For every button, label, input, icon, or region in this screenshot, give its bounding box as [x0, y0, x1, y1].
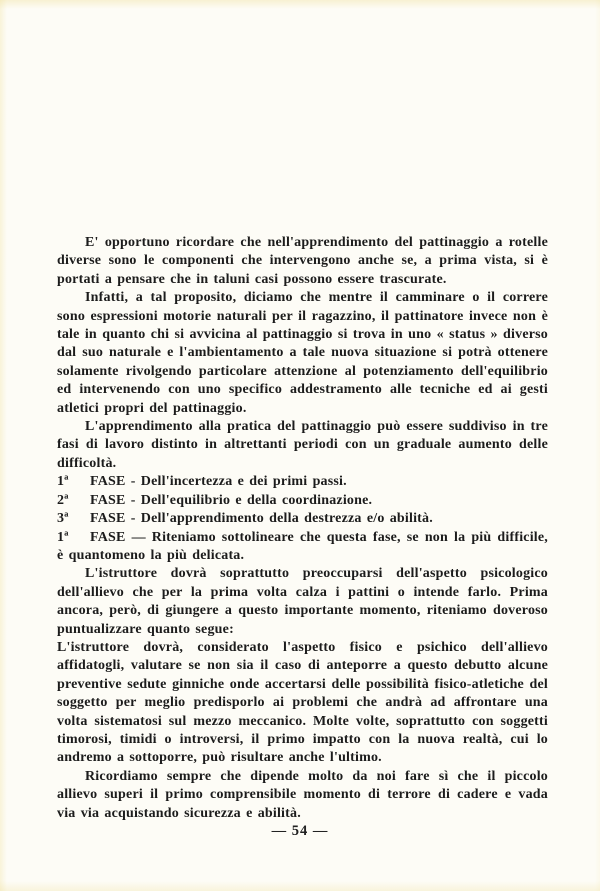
paragraph-6: L'istruttore dovrà, considerato l'aspett… — [57, 639, 548, 768]
fase-text: FASE - Dell'incertezza e dei primi passi… — [90, 474, 347, 489]
fase-ordinal: 1ª — [57, 529, 90, 547]
paragraph-3: L'apprendimento alla pratica del pattina… — [57, 418, 548, 473]
paragraph-5: L'istruttore dovrà soprattutto preoccupa… — [57, 565, 548, 639]
page-number: — 54 — — [0, 823, 600, 840]
fase-text: FASE — Riteniamo sottolineare che questa… — [57, 530, 548, 563]
fase-list-item-2: 2ªFASE - Dell'equilibrio e della coordin… — [57, 492, 548, 510]
paragraph-1: E' opportuno ricordare che nell'apprendi… — [57, 234, 548, 289]
page-text-block: E' opportuno ricordare che nell'apprendi… — [57, 234, 548, 823]
book-page-scan: E' opportuno ricordare che nell'apprendi… — [0, 0, 600, 891]
fase-text: FASE - Dell'equilibrio e della coordinaz… — [90, 493, 372, 508]
paragraph-4-fase-1: 1ªFASE — Riteniamo sottolineare che ques… — [57, 529, 548, 566]
fase-list-item-3: 3ªFASE - Dell'apprendimento della destre… — [57, 510, 548, 528]
fase-ordinal: 2ª — [57, 492, 90, 510]
fase-ordinal: 1ª — [57, 473, 90, 491]
paragraph-7: Ricordiamo sempre che dipende molto da n… — [57, 768, 548, 823]
fase-ordinal: 3ª — [57, 510, 90, 528]
fase-list-item-1: 1ªFASE - Dell'incertezza e dei primi pas… — [57, 473, 548, 491]
paragraph-2: Infatti, a tal proposito, diciamo che me… — [57, 289, 548, 418]
fase-text: FASE - Dell'apprendimento della destrezz… — [90, 511, 433, 526]
